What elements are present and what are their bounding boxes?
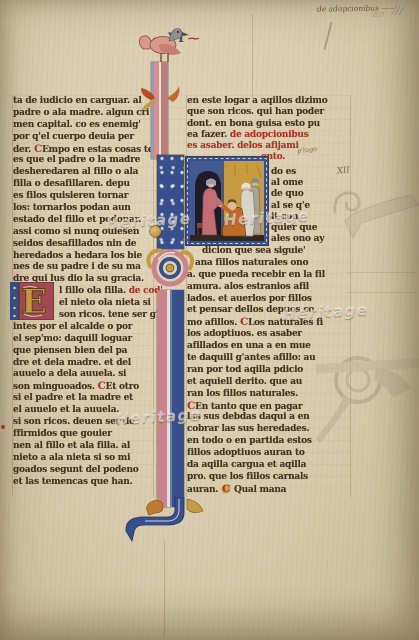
- ruling-margin-line: [346, 272, 416, 273]
- text-line: dre et dela madre. et del: [13, 358, 155, 370]
- initial-descender-stem: [157, 290, 184, 507]
- text-line: el sep'mo: daquill loguar: [13, 334, 155, 346]
- text-line: los adoptiuos. es asaber: [187, 329, 353, 341]
- text-line: dicion que sea siguie': [187, 246, 353, 258]
- text-line: ana fillos naturales ono: [187, 258, 353, 270]
- text-line: es asaber. delos afijami: [187, 141, 349, 152]
- manuscript-page: ~ VI ~ de adopcionibus ----- 207 XII p'l…: [0, 0, 419, 640]
- text-line: filla o desafillaren. depu: [13, 179, 155, 191]
- text-line: nen al fillo et ala filla. al: [13, 441, 155, 453]
- text-line: do es: [271, 167, 349, 178]
- text-line: intes por el alcalde o por: [13, 322, 155, 334]
- text-line: nieto a ala nieta si so mi: [13, 453, 155, 465]
- text-line: en este logar a aqillos dizimo: [187, 96, 349, 107]
- text-line: fillos adoptiuos auran to: [187, 448, 353, 460]
- text-line: ta de iudicio en carguar. al: [13, 96, 155, 108]
- text-line: las sus debdas daqui a en: [187, 412, 353, 424]
- descender-hook-flourish: [125, 497, 207, 549]
- text-line: et las temencas que han.: [13, 477, 155, 489]
- right-text-column-body: dicion que sea siguie'ana fillos natural…: [187, 246, 353, 496]
- text-line: nes de su padre i de su ma: [13, 262, 155, 274]
- pencil-foliation: 207: [372, 11, 385, 20]
- text-line: al ome: [271, 178, 349, 189]
- text-line: ffirmidos que gouier: [13, 429, 155, 441]
- ruling-margin-line: [346, 292, 416, 293]
- running-title-text: de adopcionibus: [317, 4, 379, 14]
- text-line: si el padre et la madre et: [13, 393, 155, 405]
- parchment-crease: [252, 14, 253, 98]
- text-line: ran por tod aqilla pdicio: [187, 365, 353, 377]
- text-line: ales ono ay: [271, 234, 349, 245]
- text-line: da aqilla cargua et aqilla: [187, 460, 353, 472]
- text-line: seidos desafillados nin de: [13, 239, 155, 251]
- text-line: que piensen bien del pa: [13, 346, 155, 358]
- parchment-crease: [164, 540, 165, 638]
- text-line: desheredaren al fillo o ala: [13, 167, 155, 179]
- text-line: ea fazer. de adopcionibus: [187, 130, 349, 141]
- text-line: cobrar las sus heredades.: [187, 424, 353, 436]
- heritage-watermark: Heritage: [283, 301, 369, 323]
- initial-letter-text: E: [21, 282, 47, 320]
- illuminated-initial-e: E: [10, 282, 54, 320]
- text-line: goados segunt del podeno: [13, 465, 155, 477]
- text-line: que son ricos. qui han poder: [187, 107, 349, 118]
- text-line: de quo: [271, 189, 349, 200]
- stem-leaf-ornament: [139, 86, 181, 114]
- miniature-homage-scene: [185, 156, 269, 246]
- text-line: et aquiell derito. que au: [187, 377, 353, 389]
- red-paint-fleck: [1, 425, 5, 429]
- text-line: es que el padre o la madre: [13, 155, 155, 167]
- stem-knot-ornament: [145, 240, 195, 296]
- text-line: afillados en una a en mue: [187, 341, 353, 353]
- initial-letter-stem: [157, 155, 184, 249]
- text-line: heredados a hedara los bie: [13, 251, 155, 263]
- text-line: auuelo a dela auuela. si: [13, 369, 155, 381]
- text-line: en todo o en partida estos: [187, 436, 353, 448]
- pencil-stroke: [324, 22, 332, 50]
- text-line: a. que pueda recebir en la fil: [187, 270, 353, 282]
- bird-finial-icon: [137, 23, 189, 67]
- text-line: te daquill g'antes afillo: au: [187, 353, 353, 365]
- text-line: men capital. co es enemig': [13, 120, 155, 132]
- text-line: dont. en bona guisa esto pu: [187, 119, 349, 130]
- text-line: pro. que los fillos carnals: [187, 472, 353, 484]
- right-text-column-beside-miniature: do esal omede quoal se q'eit conquier qu…: [271, 167, 349, 245]
- text-line: amura. alos estranios afil: [187, 282, 353, 294]
- text-line: son minguoados. CEt otro: [13, 381, 155, 393]
- corner-pen-trial: [391, 4, 407, 16]
- text-line: CEn tanto que en pagar: [187, 401, 353, 413]
- text-line: ran los fillos naturales.: [187, 389, 353, 401]
- text-line: es filos quisieren tornar: [13, 191, 155, 203]
- text-line: auran. C Qual mana: [187, 484, 353, 496]
- right-text-column-top: en este logar a aqillos dizimoque son ri…: [187, 96, 349, 164]
- text-line: der. CEmpo en estas cosas tep: [13, 144, 155, 156]
- text-line: padre o ala madre. algun cri: [13, 108, 155, 120]
